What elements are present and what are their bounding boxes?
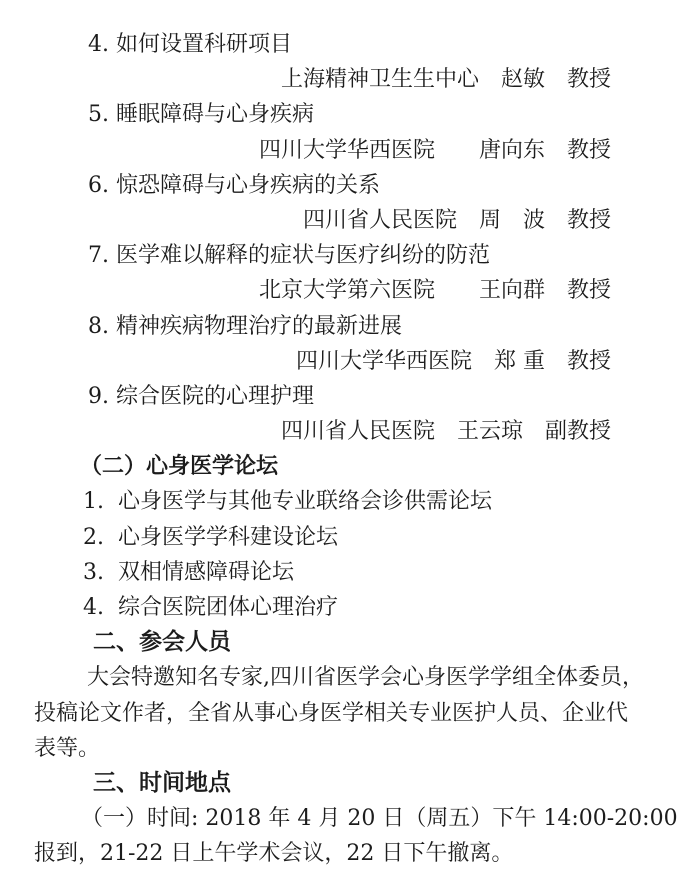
lecture-item: 4. 如何设置科研项目 — [0, 27, 690, 62]
forum-item: 2. 心身医学学科建设论坛 — [0, 520, 690, 555]
speaker-line: 四川大学华西医院 郑 重 教授 — [0, 344, 690, 379]
paragraph-line: 报到，21-22 日上午学术会议，22 日下午撤离。 — [0, 836, 690, 871]
paragraph-line: 表等。 — [0, 731, 690, 766]
paragraph-line: 投稿论文作者，全省从事心身医学相关专业医护人员、企业代 — [0, 696, 690, 731]
forum-item: 3. 双相情感障碍论坛 — [0, 555, 690, 590]
lecture-item: 6. 惊恐障碍与心身疾病的关系 — [0, 168, 690, 203]
lecture-item: 8. 精神疾病物理治疗的最新进展 — [0, 309, 690, 344]
paragraph-line: 大会特邀知名专家,四川省医学会心身医学学组全体委员， — [0, 660, 690, 695]
section-heading: 二、参会人员 — [0, 625, 690, 660]
document-content: 4. 如何设置科研项目上海精神卫生生中心 赵敏 教授5. 睡眠障碍与心身疾病四川… — [0, 27, 690, 872]
speaker-line: 四川大学华西医院 唐向东 教授 — [0, 133, 690, 168]
lecture-item: 9. 综合医院的心理护理 — [0, 379, 690, 414]
document-page: 4. 如何设置科研项目上海精神卫生生中心 赵敏 教授5. 睡眠障碍与心身疾病四川… — [0, 0, 690, 873]
paragraph-line: （一）时间: 2018 年 4 月 20 日（周五）下午 14:00-20:00 — [0, 801, 690, 836]
section-heading: 三、时间地点 — [0, 766, 690, 801]
speaker-line: 北京大学第六医院 王向群 教授 — [0, 273, 690, 308]
forum-item: 1. 心身医学与其他专业联络会诊供需论坛 — [0, 484, 690, 519]
speaker-line: 四川省人民医院 周 波 教授 — [0, 203, 690, 238]
speaker-line: 四川省人民医院 王云琼 副教授 — [0, 414, 690, 449]
speaker-line: 上海精神卫生生中心 赵敏 教授 — [0, 62, 690, 97]
lecture-item: 7. 医学难以解释的症状与医疗纠纷的防范 — [0, 238, 690, 273]
forum-section-heading: （二）心身医学论坛 — [0, 449, 690, 484]
forum-item: 4. 综合医院团体心理治疗 — [0, 590, 690, 625]
lecture-item: 5. 睡眠障碍与心身疾病 — [0, 97, 690, 132]
